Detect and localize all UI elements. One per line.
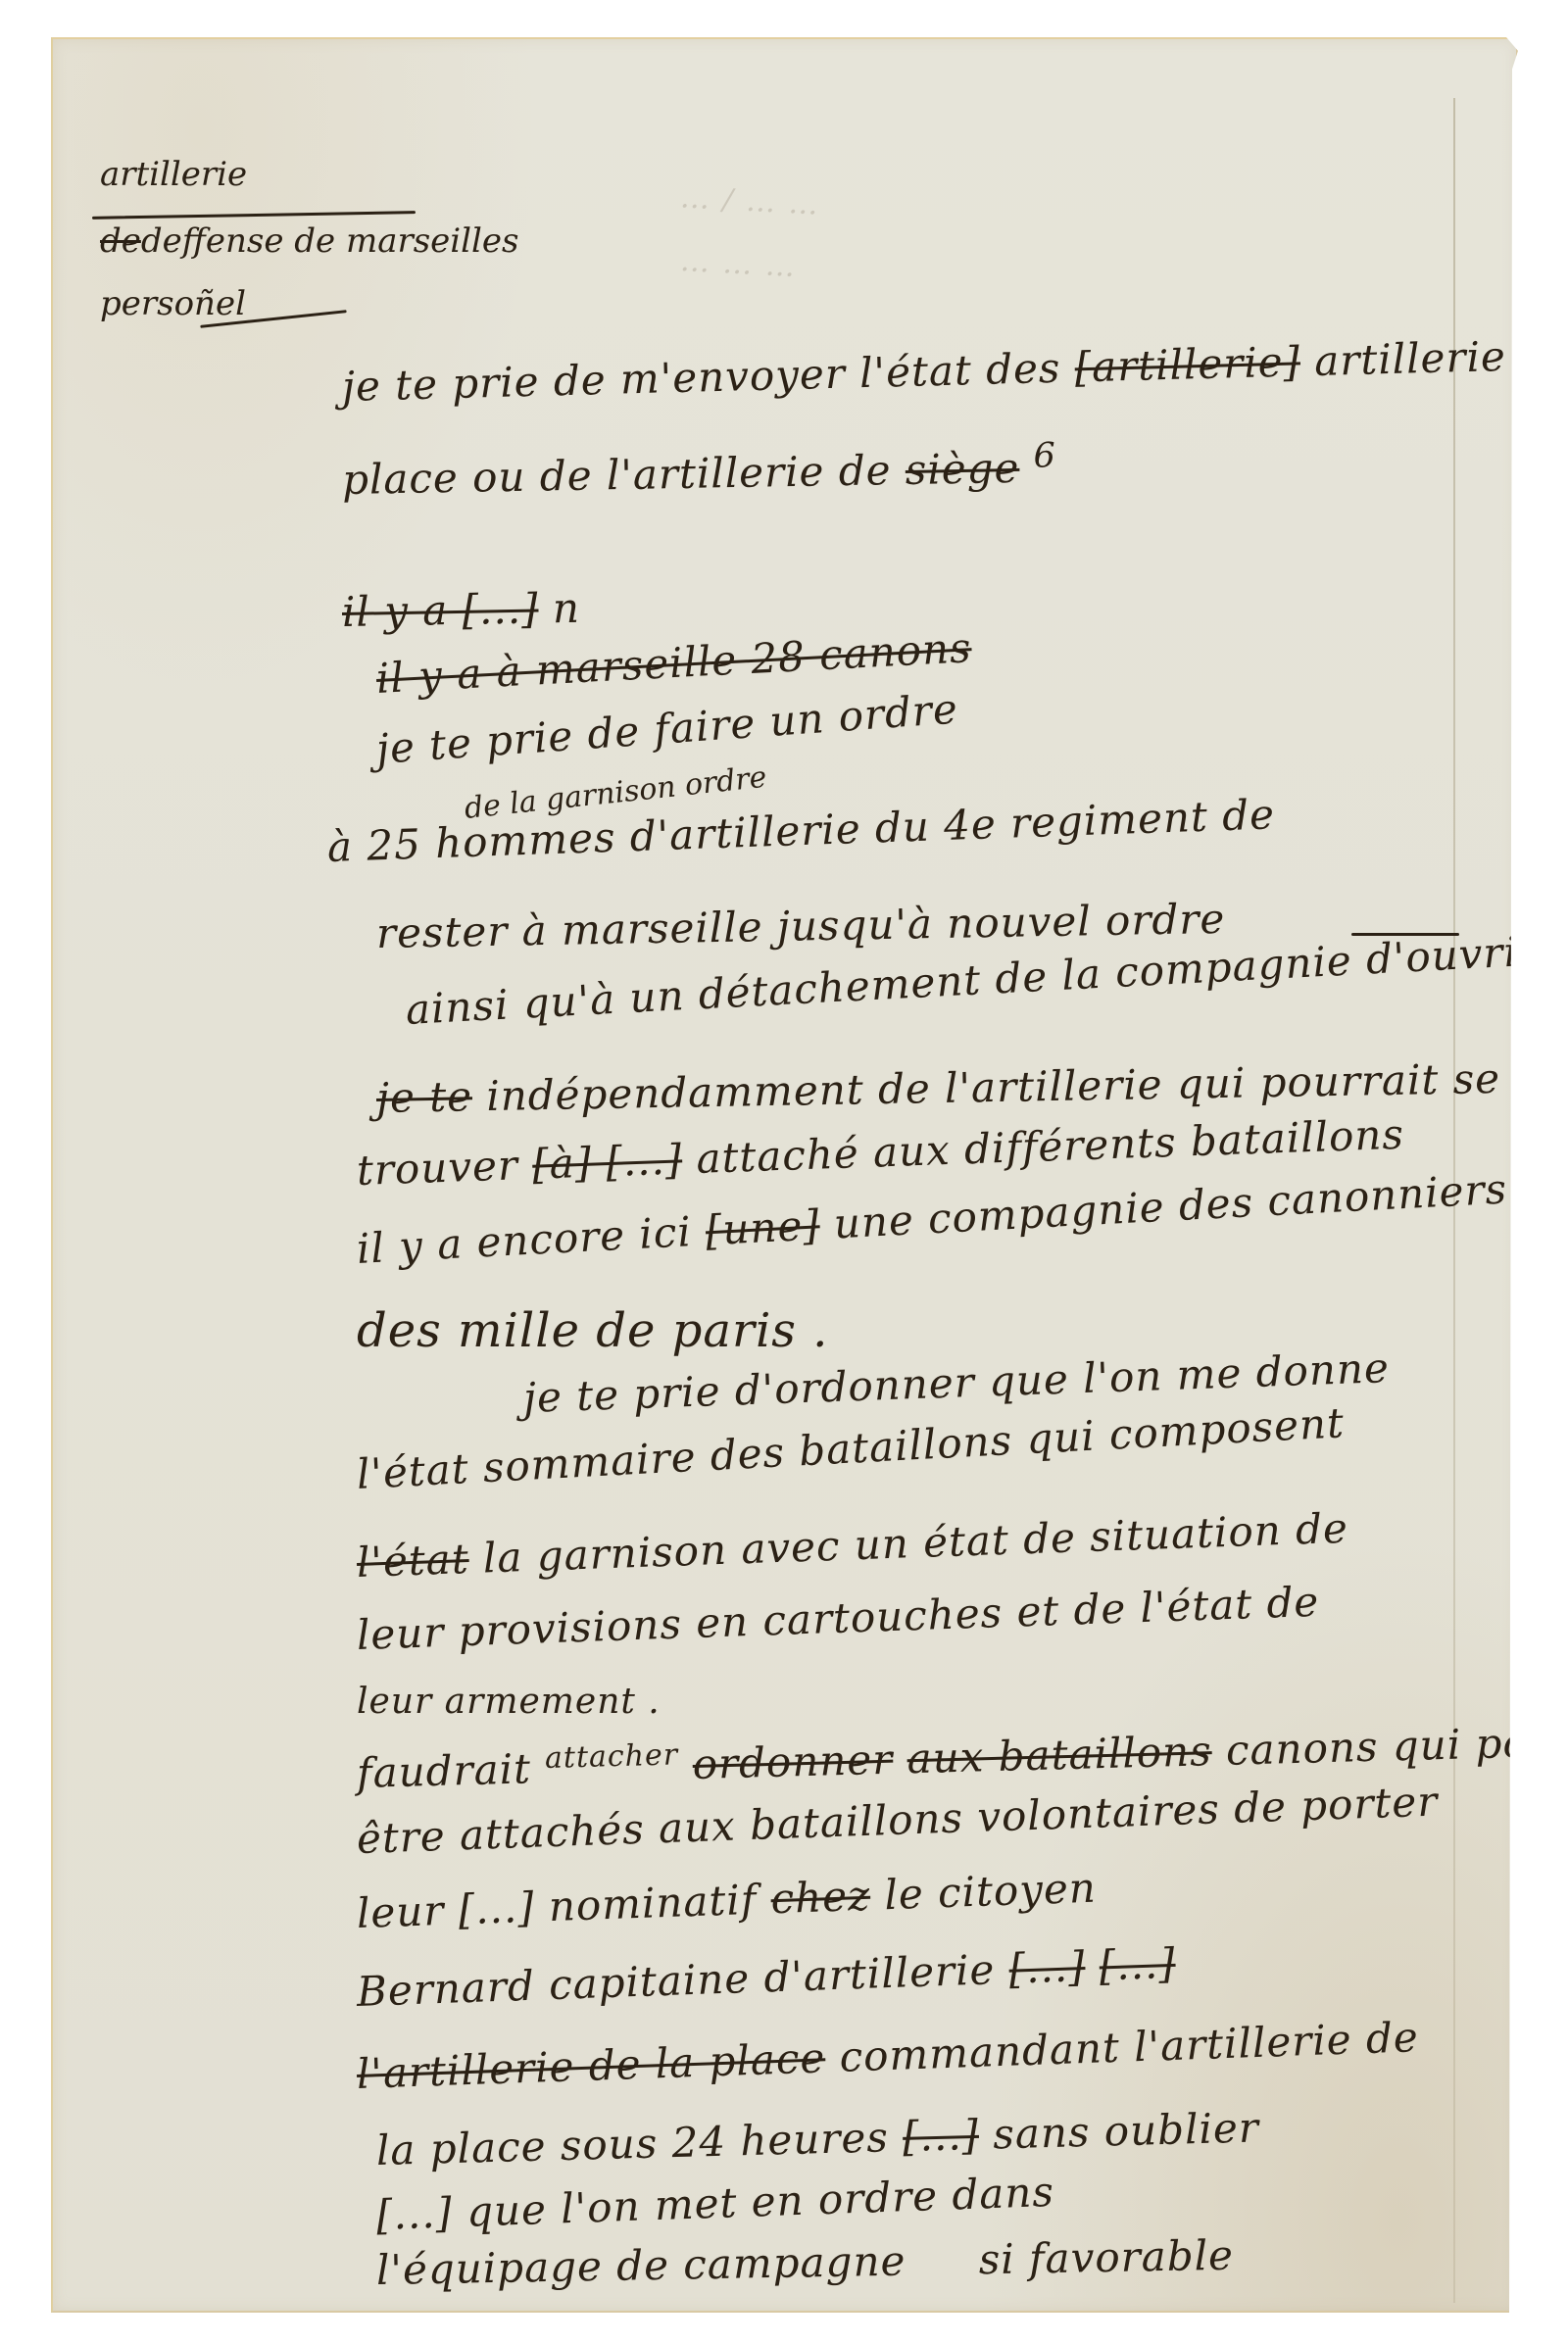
- line-24-text: la place sous 24 heures: [375, 2113, 889, 2174]
- line-01-text: je te prie de m'envoyer l'état des: [341, 344, 1061, 411]
- line-24: la place sous 24 heures [...] sans oubli…: [375, 2103, 1259, 2174]
- line-21-after: le citoyen: [884, 1864, 1098, 1920]
- line-03: il y a [...] n: [342, 584, 581, 636]
- margin-heading-defense: dedeffense de marseilles: [100, 221, 518, 261]
- line-02-text: place ou de l'artillerie de: [342, 446, 892, 504]
- line-11-struck: [à] [...]: [531, 1135, 683, 1188]
- line-10-struck: je te: [376, 1072, 473, 1122]
- line-17: leur provisions en cartouches et de l'ét…: [356, 1578, 1320, 1659]
- line-03-struck: il y a [...]: [342, 585, 539, 636]
- manuscript-page: … / … … … … … artillerie dedeffense de m…: [51, 37, 1518, 2313]
- bleed-through-line-1: … / … …: [679, 180, 820, 221]
- line-08: rester à marseille jusqu'à nouvel ordre: [376, 895, 1226, 957]
- line-19-text: faudrait: [356, 1744, 531, 1797]
- line-11-text: trouver: [356, 1141, 519, 1195]
- line-22: Bernard capitaine d'artillerie [...] [..…: [356, 1939, 1176, 2016]
- line-23-struck: l'artillerie de la place: [356, 2033, 826, 2098]
- margin-heading-personnel: persoñel: [100, 284, 246, 323]
- line-26-after: si favorable: [978, 2231, 1234, 2284]
- line-22-struck: [...]: [1008, 1942, 1086, 1993]
- line-16-text: la garnison avec un état de situation de: [482, 1504, 1348, 1583]
- line-21: leur [...] nominatif chez le citoyen: [356, 1864, 1097, 1937]
- line-19-struck: ordonner: [692, 1735, 894, 1788]
- margin-heading-defense-text: deffense de marseilles: [141, 221, 519, 261]
- line-24-struck: [...]: [902, 2111, 979, 2161]
- line-01-struck: [artillerie]: [1074, 337, 1301, 391]
- line-16: l'état la garnison avec un état de situa…: [356, 1504, 1348, 1587]
- line-23: l'artillerie de la place commandant l'ar…: [356, 2013, 1419, 2098]
- line-15-text: l'état sommaire des bataillons qui compo…: [356, 1398, 1346, 1498]
- line-12-after: une compagnie des canonniers: [833, 1165, 1509, 1248]
- line-26-text: l'équipage de campagne: [376, 2237, 906, 2294]
- line-25: [...] que l'on met en ordre dans: [375, 2168, 1055, 2239]
- line-17-text: leur provisions en cartouches et de l'ét…: [356, 1578, 1320, 1659]
- line-12-struck: [une]: [705, 1200, 821, 1254]
- struck-prefix: de: [100, 221, 141, 261]
- line-22-text: Bernard capitaine d'artillerie: [356, 1945, 996, 2016]
- line-01: je te prie de m'envoyer l'état des [arti…: [341, 330, 1568, 411]
- margin-heading-artillerie: artillerie: [100, 155, 247, 194]
- line-26: l'équipage de campagne si favorable: [376, 2231, 1235, 2294]
- line-19-interlinear: attacher: [545, 1737, 679, 1776]
- line-16-struck: l'état: [356, 1535, 469, 1587]
- line-18-text: leur armement .: [357, 1682, 661, 1722]
- line-12-text: il y a encore ici: [356, 1207, 693, 1273]
- line-02: place ou de l'artillerie de siège 6: [342, 436, 1057, 504]
- bleed-through-line-2: … … …: [679, 244, 798, 284]
- line-21-struck: chez: [770, 1872, 871, 1924]
- line-24-after: sans oublier: [993, 2103, 1260, 2158]
- line-11-after: attaché aux différents bataillons: [696, 1110, 1405, 1183]
- line-13: des mille de paris .: [357, 1303, 828, 1358]
- line-19-struck-2: aux bataillons: [906, 1727, 1212, 1782]
- line-03-after: n: [552, 584, 580, 632]
- line-21-text: leur [...] nominatif: [356, 1876, 758, 1937]
- line-02-struck: siège: [905, 444, 1019, 494]
- heading-underline-1: [92, 211, 416, 220]
- line-23-text: commandant l'artillerie de: [839, 2013, 1420, 2081]
- line-18: leur armement .: [357, 1682, 661, 1722]
- line-19-after: canons qui pourraient: [1225, 1714, 1568, 1775]
- line-13-text: des mille de paris .: [357, 1303, 828, 1358]
- line-10-text: indépendamment de l'artillerie qui pourr…: [486, 1054, 1501, 1120]
- interlinear-ordre: ordre: [683, 760, 768, 804]
- line-01-after: artillerie de: [1314, 330, 1568, 385]
- line-08-text: rester à marseille jusqu'à nouvel ordre: [376, 895, 1226, 957]
- line-15: l'état sommaire des bataillons qui compo…: [356, 1398, 1346, 1498]
- line-25-text: [...] que l'on met en ordre dans: [375, 2168, 1055, 2239]
- line-22-struck-2: [...]: [1099, 1939, 1176, 1990]
- line-02-superscript: 6: [1033, 436, 1056, 475]
